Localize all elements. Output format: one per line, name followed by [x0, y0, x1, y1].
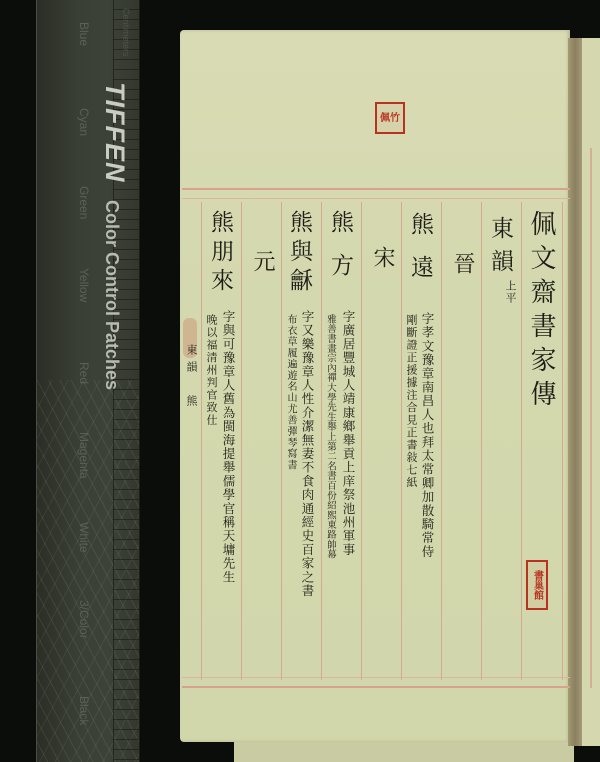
column-rule — [441, 202, 442, 680]
patch-label-3color: 3/Color — [77, 600, 91, 639]
patch-label-cyan: Cyan — [77, 108, 91, 136]
tiffen-logo: TIFFEN — [99, 82, 130, 183]
entry-bio-note: 剛斷證正援據注合見正書敍七紙 — [405, 314, 417, 489]
color-control-ruler: Centimeters TIFFEN Color Control Patches… — [36, 0, 140, 762]
collector-seal-right: 書巢館 — [526, 560, 548, 610]
column-rule — [562, 202, 563, 680]
patch-label-magenta: Magenta — [77, 432, 91, 479]
scale-number: 7 — [139, 262, 140, 267]
entry-bio: 字廣居豐城人靖康鄉舉貢上庠祭池州軍事 — [341, 310, 355, 557]
book-gutter — [568, 38, 582, 746]
scale-number: 18 — [139, 680, 140, 690]
entry-name: 熊朋來 — [208, 210, 232, 297]
patch-label-red: Red — [77, 362, 91, 384]
dynasty-yuan: 元 — [250, 250, 274, 272]
column-rule — [521, 202, 522, 680]
patch-label-green: Green — [77, 186, 91, 219]
entry-bio: 字孝文豫章南昌人也拜太常卿加散騎常侍 — [420, 312, 434, 559]
patch-label-white: White — [77, 522, 91, 553]
column-rule — [321, 202, 322, 680]
rhyme-tone-note: 上平 — [505, 280, 516, 303]
scale-number: 14 — [139, 528, 140, 538]
underlying-page-edge — [234, 742, 574, 762]
entry-name: 熊遠 — [408, 212, 432, 298]
entry-bio-note: 布衣草履遍遊名山尤善彈琴寫書 — [285, 314, 296, 471]
scale-number: 4 — [139, 110, 140, 115]
book-title: 佩文齋書家傳 — [527, 210, 555, 414]
collector-seal-top: 佩竹 — [375, 102, 405, 134]
column-rule — [401, 202, 402, 680]
dynasty-jin: 晉 — [450, 252, 474, 274]
column-rule — [481, 202, 482, 680]
ruler-units-label: Centimeters — [121, 8, 131, 57]
scale-number: 16 — [139, 604, 140, 614]
column-rule — [241, 202, 242, 680]
patch-label-black: Black — [77, 696, 91, 725]
entry-bio: 字又樂豫章人性介潔無妻不食肉通經史百家之書 — [300, 310, 314, 598]
entry-name: 熊與龢 — [287, 210, 311, 297]
dynasty-song: 宋 — [370, 246, 394, 268]
facing-page-edge — [582, 38, 600, 746]
column-rule — [361, 202, 362, 680]
scale-number: 12 — [139, 452, 140, 462]
column-rule — [281, 202, 282, 680]
margin-label: 東韻 熊 — [183, 344, 199, 412]
entry-bio-note: 晚以福清州判官致仕 — [205, 314, 217, 427]
patch-label-yellow: Yellow — [77, 268, 91, 302]
scale-number: 9 — [139, 338, 140, 343]
scale-number: 6 — [139, 186, 140, 191]
entry-name: 熊方 — [328, 210, 352, 296]
scale-number: 11 — [139, 414, 140, 424]
scale-number: 8 — [139, 300, 140, 305]
scale-number: 5 — [139, 148, 140, 153]
entry-bio-note: 雅善書畫宗內禪大學先生舉上第二名書百份紹熙東路帥幕 — [325, 314, 335, 559]
entry-bio: 字與可豫章人舊為閩海提舉儒學官稱天墉先生 — [221, 310, 235, 584]
rhyme-heading: 東韻 — [488, 216, 512, 282]
scale-number: 10 — [139, 376, 140, 386]
patch-label-blue: Blue — [77, 22, 91, 46]
column-rule — [201, 202, 202, 680]
ruler-title: Color Control Patches — [101, 200, 122, 390]
